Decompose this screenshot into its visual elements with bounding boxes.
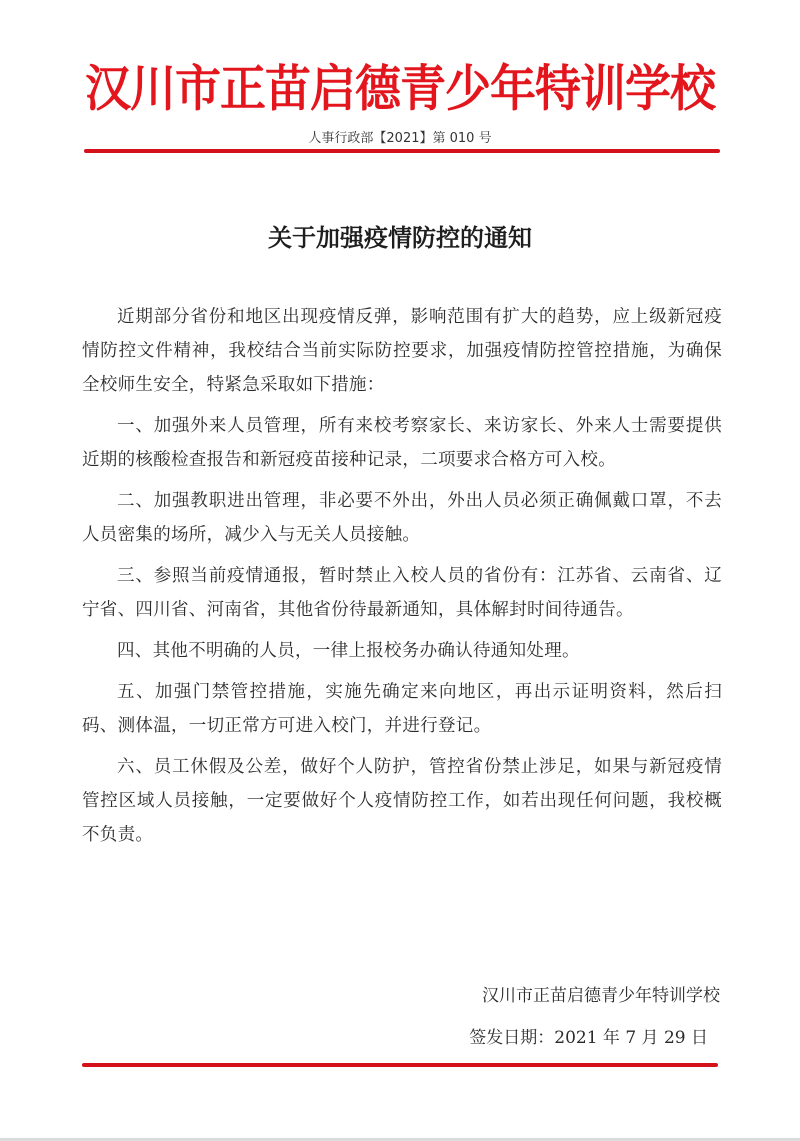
notice-document: 汉川市正苗启德青少年特训学校 人事行政部【2021】第 010 号 关于加强疫情… (0, 0, 800, 1141)
intro-paragraph: 近期部分省份和地区出现疫情反弹，影响范围有扩大的趋势，应上级新冠疫情防控文件精神… (82, 300, 722, 402)
issuer-name: 汉川市正苗启德青少年特训学校 (469, 975, 720, 1017)
document-title: 关于加强疫情防控的通知 (0, 218, 800, 253)
header-divider (84, 149, 720, 153)
footer-divider (82, 1063, 718, 1067)
issue-date: 签发日期：2021 年 7 月 29 日 (469, 1017, 720, 1059)
measure-1: 一、加强外来人员管理，所有来校考察家长、来访家长、外来人士需要提供近期的核酸检查… (82, 409, 722, 477)
document-body: 近期部分省份和地区出现疫情反弹，影响范围有扩大的趋势，应上级新冠疫情防控文件精神… (82, 300, 722, 859)
measure-6: 六、员工休假及公差，做好个人防护，管控省份禁止涉足，如果与新冠疫情管控区域人员接… (82, 750, 722, 852)
organization-letterhead: 汉川市正苗启德青少年特训学校 (0, 56, 800, 121)
measure-3: 三、参照当前疫情通报，暂时禁止入校人员的省份有：江苏省、云南省、辽宁省、四川省、… (82, 559, 722, 627)
measure-5: 五、加强门禁管控措施，实施先确定来向地区，再出示证明资料，然后扫码、测体温，一切… (82, 675, 722, 743)
measure-2: 二、加强教职进出管理，非必要不外出，外出人员必须正确佩戴口罩，不去人员密集的场所… (82, 484, 722, 552)
document-number: 人事行政部【2021】第 010 号 (0, 127, 800, 146)
signature-block: 汉川市正苗启德青少年特训学校 签发日期：2021 年 7 月 29 日 (469, 975, 720, 1059)
measure-4: 四、其他不明确的人员，一律上报校务办确认待通知处理。 (82, 634, 722, 668)
